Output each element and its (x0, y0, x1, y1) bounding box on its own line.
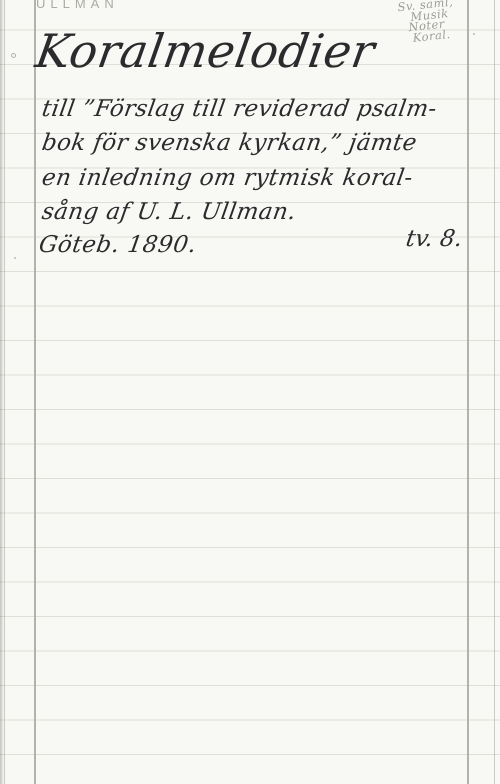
catalog-card: ULLMAN Sv. saml, Musik Noter Koral. Kora… (0, 0, 500, 784)
owner-stamp: ULLMAN (36, 0, 119, 11)
description-line-1: till ”Förslag till reviderad psalm- (40, 96, 439, 122)
pencil-classification-note: Sv. saml, Musik Noter Koral. (391, 0, 469, 45)
description-line-3: en inledning om rytmisk koral- (40, 165, 415, 191)
description-line-4: sång af U. L. Ullman. (40, 199, 298, 225)
right-margin-line (467, 0, 469, 784)
left-scan-edge-line (4, 0, 5, 784)
card-title: Koralmelodier (32, 24, 379, 78)
left-margin-line (34, 0, 36, 784)
format-note: tv. 8. (404, 226, 464, 252)
right-scan-edge-line (494, 0, 495, 784)
description-line-2: bok för svenska kyrkan,” jämte (40, 130, 419, 156)
imprint-place-year: Göteb. 1890. (37, 232, 199, 258)
ink-speck-circle (11, 53, 16, 58)
ink-speck-dot (14, 257, 16, 259)
left-edge-shadow (0, 0, 4, 784)
ink-speck-dot (473, 33, 475, 35)
